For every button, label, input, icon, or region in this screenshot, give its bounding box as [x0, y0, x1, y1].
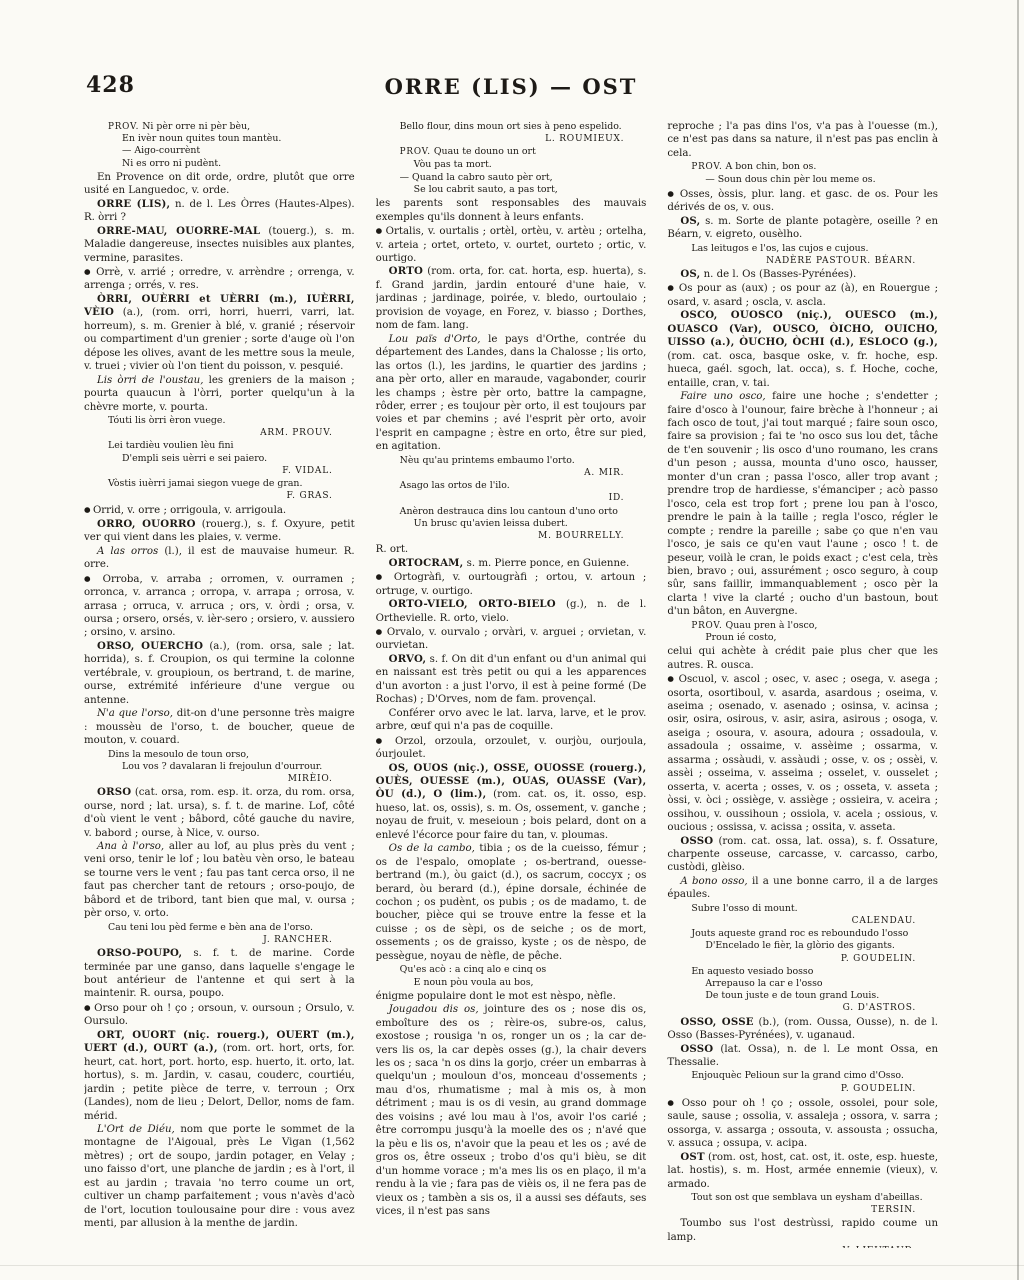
idiom-lead: Jougadou dis os, [389, 1004, 479, 1015]
verse-line: PROV. A bon chin, bon os. [691, 161, 938, 173]
verse-line: Ni es orro ni pudènt. [108, 158, 355, 170]
verse-attribution: TERSIN. [691, 1204, 938, 1216]
dictionary-entry: OSSO, OSSE (b.), (rom. Oussa, Ousse), n.… [667, 1016, 938, 1043]
verse-line: — Soun dous chin pèr lou meme os. [691, 174, 938, 186]
verse-attribution: ARM. PROUV. [108, 427, 355, 439]
entry-headword: OST [680, 1151, 704, 1163]
verse-line: PROV. Quau pren à l'osco, [691, 620, 938, 632]
verse-line: Lei tardièu voulien lèu fini [108, 440, 355, 452]
verse-quote: Anèron destrauca dins lou cantoun d'uno … [400, 506, 647, 543]
verse-attribution: J. RANCHER. [108, 934, 355, 946]
verse-attribution: F. GRAS. [108, 490, 355, 502]
dictionary-entry: OS, OUOS (niç.), OSSE, OUOSSE (rouerg.),… [376, 762, 647, 843]
verse-attribution: ID. [400, 492, 647, 504]
verse-line: Jouts aqueste grand roc es reboundudo l'… [691, 928, 938, 940]
entry-headword: OSSO [680, 835, 713, 847]
dictionary-entry: ORTO-VIELO, ORTO-BIELO (g.), n. de l. Or… [376, 598, 647, 625]
paragraph: R. ort. [376, 543, 647, 556]
verse-quote: Vòstis iuèrri jamai siegon vuege de gran… [108, 478, 355, 502]
cross-reference-list: ● Os pour as (aux) ; os pour az (à), en … [667, 281, 938, 309]
dictionary-entry: OSSO (rom. cat. ossa, lat. ossa), s. f. … [667, 835, 938, 875]
entry-headword: ORRE-MAU, OUORRE-MAL [97, 225, 260, 237]
verse-quote: Qu'es acò : a cinq alo e cinq osE noun p… [400, 964, 647, 988]
verse-line: De toun juste e de toun grand Louis. [691, 990, 938, 1002]
verse-line: Subre l'osso di mount. [691, 903, 938, 915]
verse-line: E noun pòu voula au bos, [400, 977, 647, 989]
verse-line: Enjouquèc Pelioun sur la grand cimo d'Os… [691, 1070, 938, 1082]
entry-headword: OS, [680, 215, 700, 227]
paragraph: Faire uno osco, faire une hoche ; s'ende… [667, 390, 938, 619]
cross-reference-list: ● Osso pour oh ! ço ; ossole, ossolei, p… [667, 1096, 938, 1151]
entry-headword: OSSO [680, 1043, 713, 1055]
dictionary-entry: ORSO (cat. orsa, rom. esp. it. orza, du … [84, 786, 355, 840]
column-left: PROV. Ni pèr orre ni pèr bèu,En ivèr nou… [84, 120, 355, 1248]
scan-edge [1017, 0, 1019, 1280]
dictionary-entry: ÒRRI, OUÈRRI et UÈRRI (m.), IUÈRRI, VÈIO… [84, 293, 355, 374]
verse-quote: Nèu qu'au printems embaumo l'orto.A. MIR… [400, 455, 647, 479]
entry-headword: OS, [680, 268, 700, 280]
verse-quote: Enjouquèc Pelioun sur la grand cimo d'Os… [691, 1070, 938, 1094]
entry-headword: ORTO-VIELO, ORTO-BIELO [389, 598, 556, 610]
paragraph: L'Ort de Diéu, nom que porte le sommet d… [84, 1123, 355, 1231]
verse-line: Un brusc qu'avien leissa dubert. [400, 518, 647, 530]
paragraph: Jougadou dis os, jointure des os ; nose … [376, 1003, 647, 1218]
verse-line: PROV. Quau te douno un ort [400, 146, 647, 158]
dictionary-entry: OSCO, OUOSCO (niç.), OUESCO (m.), OUASCO… [667, 309, 938, 390]
verse-quote: Las leitugos e l'os, las cujos e cujous.… [691, 243, 938, 267]
idiom-lead: Os de la cambo, [389, 843, 475, 854]
verse-quote: — Quand la cabro sauto pèr ort,Se lou ca… [400, 172, 647, 196]
verse-attribution: MIRÈIO. [108, 773, 355, 785]
entry-headword: ORSO [97, 786, 131, 798]
verse-line: Dins la mesoulo de toun orso, [108, 749, 355, 761]
dictionary-entry: OST (rom. ost, host, cat. ost, it. oste,… [667, 1151, 938, 1191]
verse-attribution: F. VIDAL. [108, 465, 355, 477]
verse-line: PROV. Ni pèr orre ni pèr bèu, [108, 121, 355, 133]
entry-headword: ORSO-POUPO, [97, 947, 182, 959]
verse-quote: En aquesto vesiado bossoArrepauso la car… [691, 966, 938, 1015]
column-right: reproche ; l'a pas dins l'os, v'a pas à … [667, 120, 938, 1248]
entry-headword: OSCO, OUOSCO (niç.), OUESCO (m.), OUASCO… [667, 309, 938, 348]
entry-headword: ÒRRI, OUÈRRI et UÈRRI (m.), IUÈRRI, VÈIO [84, 293, 355, 318]
verse-line: En ivèr noun quites toun mantèu. [108, 133, 355, 145]
cross-reference-list: ● Orso pour oh ! ço ; orsoun, v. oursoun… [84, 1001, 355, 1029]
cross-reference-list: ● Orzol, orzoula, orzoulet, v. ourjòu, o… [376, 734, 647, 762]
verse-quote: V. LIEUTAUD. [691, 1245, 938, 1248]
verse-attribution: P. GOUDELIN. [691, 953, 938, 965]
verse-line: Asago las ortos de l'ilo. [400, 480, 647, 492]
verse-quote: Tout son ost que semblava un eysham d'ab… [691, 1192, 938, 1216]
verse-quote: PROV. Quau pren à l'osco,Proun ié costo, [691, 620, 938, 644]
dictionary-entry: ORRE-MAU, OUORRE-MAL (touerg.), s. m. Ma… [84, 225, 355, 265]
paragraph: Os de la cambo, tibia ; os de la cueisso… [376, 842, 647, 963]
verse-line: Vòstis iuèrri jamai siegon vuege de gran… [108, 478, 355, 490]
paragraph: Lou païs d'Orto, le pays d'Orthe, contré… [376, 333, 647, 454]
dictionary-entry: ORTO (rom. orta, for. cat. horta, esp. h… [376, 265, 647, 332]
dictionary-entry: ORRE (LIS), n. de l. Les Òrres (Hautes-A… [84, 198, 355, 225]
verse-line: — Quand la cabro sauto pèr ort, [400, 172, 647, 184]
cross-reference-list: ● Ortalis, v. ourtalis ; ortèl, ortèu, v… [376, 224, 647, 265]
bullet-icon: ● [667, 674, 678, 683]
verse-line: En aquesto vesiado bosso [691, 966, 938, 978]
idiom-lead: Lou païs d'Orto, [389, 334, 481, 345]
cross-reference-list: ● Orrid, v. orre ; orrigoula, v. arrigou… [84, 503, 355, 517]
bullet-icon: ● [667, 1098, 681, 1107]
bullet-icon: ● [376, 627, 387, 636]
dictionary-entry: ORSO-POUPO, s. f. t. de marine. Corde te… [84, 947, 355, 1001]
dictionary-entry: ORTOCRAM, s. m. Pierre ponce, en Guienne… [376, 557, 647, 570]
verse-quote: PROV. Ni pèr orre ni pèr bèu,En ivèr nou… [108, 121, 355, 170]
paragraph: A bono osso, il a une bonne carro, il a … [667, 875, 938, 902]
verse-attribution: L. ROUMIEUX. [400, 133, 647, 145]
verse-line: D'empli seis uèrri e sei paiero. [108, 453, 355, 465]
verse-attribution: V. LIEUTAUD. [691, 1245, 938, 1248]
verse-line: Vòu pas ta mort. [400, 159, 647, 171]
verse-quote: Cau teni lou pèd ferme e bèn ana de l'or… [108, 922, 355, 946]
verse-quote: Tóuti lis òrri èron vuege.ARM. PROUV. [108, 415, 355, 439]
bullet-icon: ● [376, 736, 395, 745]
idiom-lead: A bono osso, [680, 876, 747, 887]
verse-line: Cau teni lou pèd ferme e bèn ana de l'or… [108, 922, 355, 934]
dictionary-entry: OSSO (lat. Ossa), n. de l. Le mont Ossa,… [667, 1043, 938, 1070]
verse-quote: Asago las ortos de l'ilo.ID. [400, 480, 647, 504]
idiom-lead: L'Ort de Diéu, [97, 1124, 175, 1135]
paragraph: les parents sont responsables des mauvai… [376, 197, 647, 224]
verse-quote: Subre l'osso di mount.CALENDAU. [691, 903, 938, 927]
paragraph: Toumbo sus l'ost destrùssi, rapido coume… [667, 1217, 938, 1244]
paragraph: Lis òrri de l'oustau, les greniers de la… [84, 374, 355, 414]
bullet-icon: ● [376, 572, 394, 581]
dictionary-entry: ORRO, OUORRO (rouerg.), s. f. Oxyure, pe… [84, 518, 355, 545]
bullet-icon: ● [84, 505, 93, 514]
verse-line: Bello flour, dins moun ort sies à peno e… [400, 121, 647, 133]
entry-headword: ORTOCRAM, [389, 557, 464, 569]
idiom-lead: Faire uno osco, [680, 391, 765, 402]
entry-headword: ORTO [389, 265, 423, 277]
verse-quote: PROV. Quau te douno un ortVòu pas ta mor… [400, 146, 647, 170]
verse-attribution: G. D'ASTROS. [691, 1002, 938, 1014]
verse-quote: Lei tardièu voulien lèu finiD'empli seis… [108, 440, 355, 477]
dictionary-entry: OS, n. de l. Os (Basses-Pyrénées). [667, 268, 938, 281]
cross-reference-list: ● Orvalo, v. ourvalo ; orvàri, v. arguei… [376, 625, 647, 653]
verse-line: Anèron destrauca dins lou cantoun d'uno … [400, 506, 647, 518]
verse-quote: Dins la mesoulo de toun orso,Lou vos ? d… [108, 749, 355, 786]
verse-quote: PROV. A bon chin, bon os.— Soun dous chi… [691, 161, 938, 185]
verse-attribution: NADÈRE PASTOUR. BÉARN. [691, 255, 938, 267]
page-header: 428 ORRE (LIS) — OST [84, 74, 938, 114]
scan-edge [0, 1265, 1024, 1266]
prov-label: PROV. [108, 122, 139, 132]
verse-line: Tout son ost que semblava un eysham d'ab… [691, 1192, 938, 1204]
entry-headword: OS, OUOS (niç.), OSSE, OUOSSE (rouerg.),… [376, 762, 647, 801]
paragraph: Conférer orvo avec le lat. larva, larve,… [376, 707, 647, 734]
verse-quote: Bello flour, dins moun ort sies à peno e… [400, 121, 647, 145]
paragraph: A las orros (l.), il est de mauvaise hum… [84, 545, 355, 572]
entry-headword: ORSO, OUERCHO [97, 640, 203, 652]
cross-reference-list: ● Osses, òssis, plur. lang. et gasc. de … [667, 187, 938, 215]
bullet-icon: ● [667, 189, 679, 198]
entry-headword: ORRO, OUORRO [97, 518, 196, 530]
paragraph: Ana à l'orso, aller au lof, au plus près… [84, 840, 355, 921]
verse-quote: Jouts aqueste grand roc es reboundudo l'… [691, 928, 938, 965]
verse-line: Se lou cabrit sauto, a pas tort, [400, 184, 647, 196]
bullet-icon: ● [667, 283, 679, 292]
verse-attribution: CALENDAU. [691, 915, 938, 927]
verse-line: Qu'es acò : a cinq alo e cinq os [400, 964, 647, 976]
idiom-lead: N'a que l'orso, [97, 708, 173, 719]
cross-reference-list: ● Orroba, v. arraba ; orromen, v. ourram… [84, 572, 355, 640]
prov-label: PROV. [691, 162, 722, 172]
bullet-icon: ● [84, 1003, 94, 1012]
cross-reference-list: ● Oscuol, v. ascol ; osec, v. asec ; ose… [667, 672, 938, 834]
dictionary-entry: ORVO, s. f. On dit d'un enfant ou d'un a… [376, 653, 647, 707]
cross-reference-list: ● Ortogràfi, v. ourtougràfi ; ortou, v. … [376, 570, 647, 598]
prov-label: PROV. [400, 147, 431, 157]
verse-line: Nèu qu'au printems embaumo l'orto. [400, 455, 647, 467]
prov-label: PROV. [691, 621, 722, 631]
page-title: ORRE (LIS) — OST [84, 74, 938, 99]
paragraph: N'a que l'orso, dit-on d'une personne tr… [84, 707, 355, 747]
verse-attribution: P. GOUDELIN. [691, 1083, 938, 1095]
paragraph: celui qui achète à crédit paie plus cher… [667, 645, 938, 672]
verse-line: Las leitugos e l'os, las cujos e cujous. [691, 243, 938, 255]
text-columns: PROV. Ni pèr orre ni pèr bèu,En ivèr nou… [84, 120, 938, 1248]
verse-line: D'Encelado le fièr, la glòrio des gigant… [691, 940, 938, 952]
entry-headword: ORRE (LIS), [97, 198, 170, 210]
dictionary-entry: ORT, OUORT (niç. rouerg.), OUERT (m.), U… [84, 1029, 355, 1123]
idiom-lead: Lis òrri de l'oustau, [97, 375, 203, 386]
column-center: Bello flour, dins moun ort sies à peno e… [376, 120, 647, 1248]
paragraph: En Provence on dit orde, ordre, plutôt q… [84, 171, 355, 198]
paragraph: énigme populaire dont le mot est nèspo, … [376, 990, 647, 1003]
entry-headword: ORT, OUORT (niç. rouerg.), OUERT (m.), U… [84, 1029, 355, 1054]
verse-line: Lou vos ? davalaran li frejoulun d'ourro… [108, 761, 355, 773]
idiom-lead: Ana à l'orso, [97, 841, 164, 852]
verse-line: Proun ié costo, [691, 632, 938, 644]
bullet-icon: ● [84, 574, 103, 583]
entry-headword: ORVO, [389, 653, 427, 665]
verse-line: Arrepauso la car e l'osso [691, 978, 938, 990]
verse-line: — Aigo-courrènt [108, 145, 355, 157]
idiom-lead: A las orros [97, 546, 158, 557]
bullet-icon: ● [84, 267, 96, 276]
dictionary-entry: OS, s. m. Sorte de plante potagère, osei… [667, 215, 938, 242]
scanned-dictionary-page: 428 ORRE (LIS) — OST PROV. Ni pèr orre n… [0, 0, 1024, 1280]
verse-line: Tóuti lis òrri èron vuege. [108, 415, 355, 427]
verse-attribution: M. BOURRELLY. [400, 530, 647, 542]
entry-headword: OSSO, OSSE [680, 1016, 753, 1028]
bullet-icon: ● [376, 226, 386, 235]
dictionary-entry: ORSO, OUERCHO (a.), (rom. orsa, sale ; l… [84, 640, 355, 707]
paragraph: reproche ; l'a pas dins l'os, v'a pas à … [667, 120, 938, 160]
verse-attribution: A. MIR. [400, 467, 647, 479]
cross-reference-list: ● Orrè, v. arrié ; orredre, v. arrèndre … [84, 265, 355, 293]
